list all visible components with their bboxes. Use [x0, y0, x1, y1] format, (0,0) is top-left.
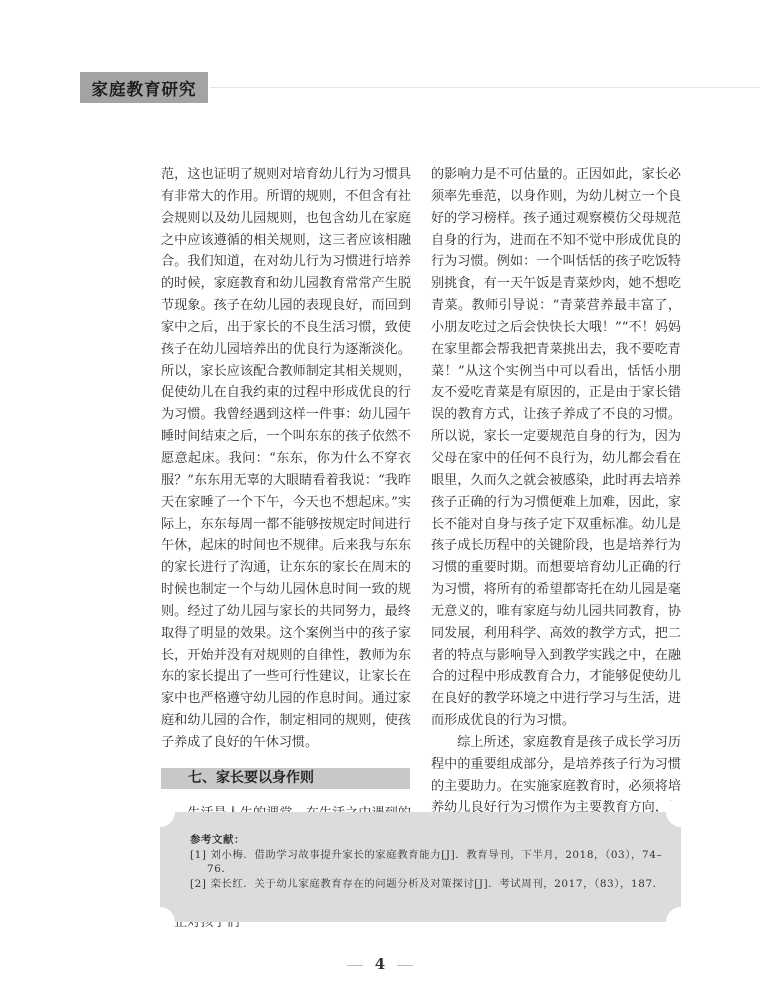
body-paragraph: 的影响力是不可估量的。正因如此，家长必须率先垂范，以身作则，为幼儿树立一个良好的… [431, 164, 681, 732]
reference-text: 栾长红．关于幼儿家庭教育存在的问题分析及对策探讨[J]．考试周刊，2017，（8… [210, 878, 663, 890]
references-title: 参考文献： [190, 833, 670, 848]
dash-decoration [347, 965, 363, 966]
reference-item: [2] 栾长红．关于幼儿家庭教育存在的问题分析及对策探讨[J]．考试周刊，201… [190, 877, 670, 892]
page-number-footer: 4 [0, 955, 760, 973]
section-label: 家庭教育研究 [92, 76, 197, 100]
reference-text: 刘小梅．借助学习故事提升家长的家庭教育能力[J]．教育导刊，下半月，2018，（… [210, 849, 662, 861]
reference-item: [1] 刘小梅．借助学习故事提升家长的家庭教育能力[J]．教育导刊，下半月，20… [190, 848, 670, 877]
body-paragraph: 范，这也证明了规则对培育幼儿行为习惯具有非常大的作用。所谓的规则，不但含有社会规… [161, 164, 411, 754]
page-number: 4 [375, 955, 385, 973]
reference-number: [2] [190, 878, 207, 890]
section-label-tab: 家庭教育研究 [80, 72, 208, 103]
reference-continuation: 76． [207, 862, 670, 877]
dash-decoration [397, 965, 413, 966]
reference-number: [1] [190, 849, 207, 861]
references-box: 参考文献： [1] 刘小梅．借助学习故事提升家长的家庭教育能力[J]．教育导刊，… [160, 812, 681, 922]
header-rule [210, 87, 760, 88]
section-heading: 七、家长要以身作则 [161, 768, 410, 789]
right-column: 的影响力是不可估量的。正因如此，家长必须率先垂范，以身作则，为幼儿树立一个良好的… [431, 164, 681, 907]
